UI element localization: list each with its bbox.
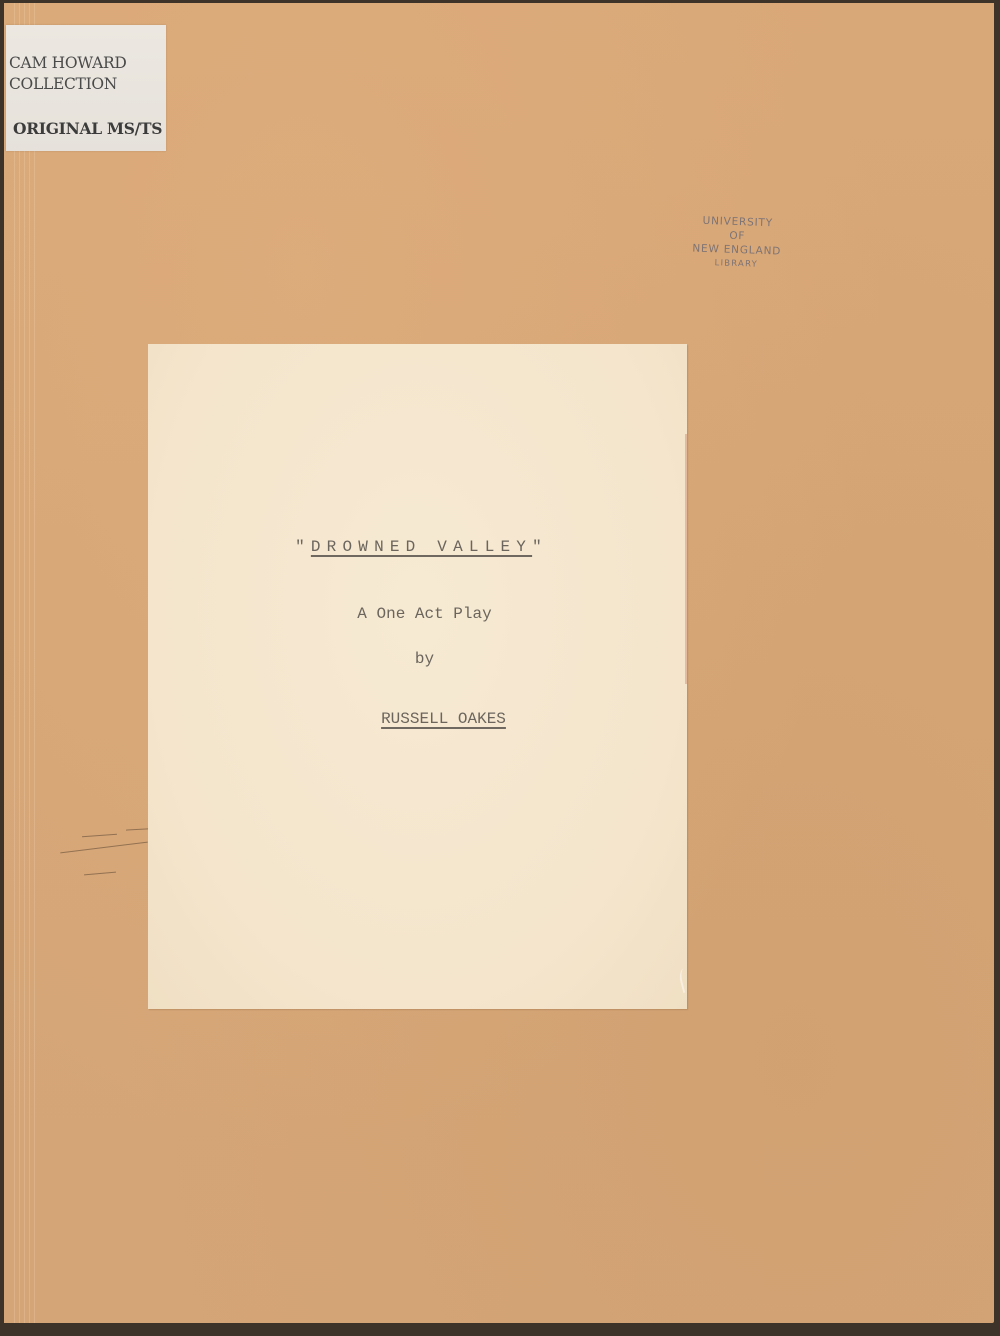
collection-label-line-2: COLLECTION [9, 75, 117, 93]
scan-edge [994, 0, 1000, 1336]
title-page: "DROWNED VALLEY" A One Act Play by RUSSE… [148, 344, 687, 1009]
spine-crease [14, 3, 36, 1323]
collection-label-line-1: CAM HOWARD [9, 54, 127, 72]
play-subtitle: A One Act Play [155, 605, 694, 623]
collection-label: CAM HOWARD COLLECTION ORIGINAL MS/TS [6, 25, 166, 151]
byline: by [155, 650, 694, 668]
pencil-marks [54, 825, 154, 895]
collection-label-line-3: ORIGINAL MS/TS [13, 120, 162, 138]
library-stamp: UNIVERSITY OF NEW ENGLAND LIBRARY [671, 213, 803, 274]
play-title: "DROWNED VALLEY" [152, 538, 691, 556]
author-name: RUSSELL OAKES [174, 710, 713, 728]
play-title-text: DROWNED VALLEY [311, 538, 532, 556]
